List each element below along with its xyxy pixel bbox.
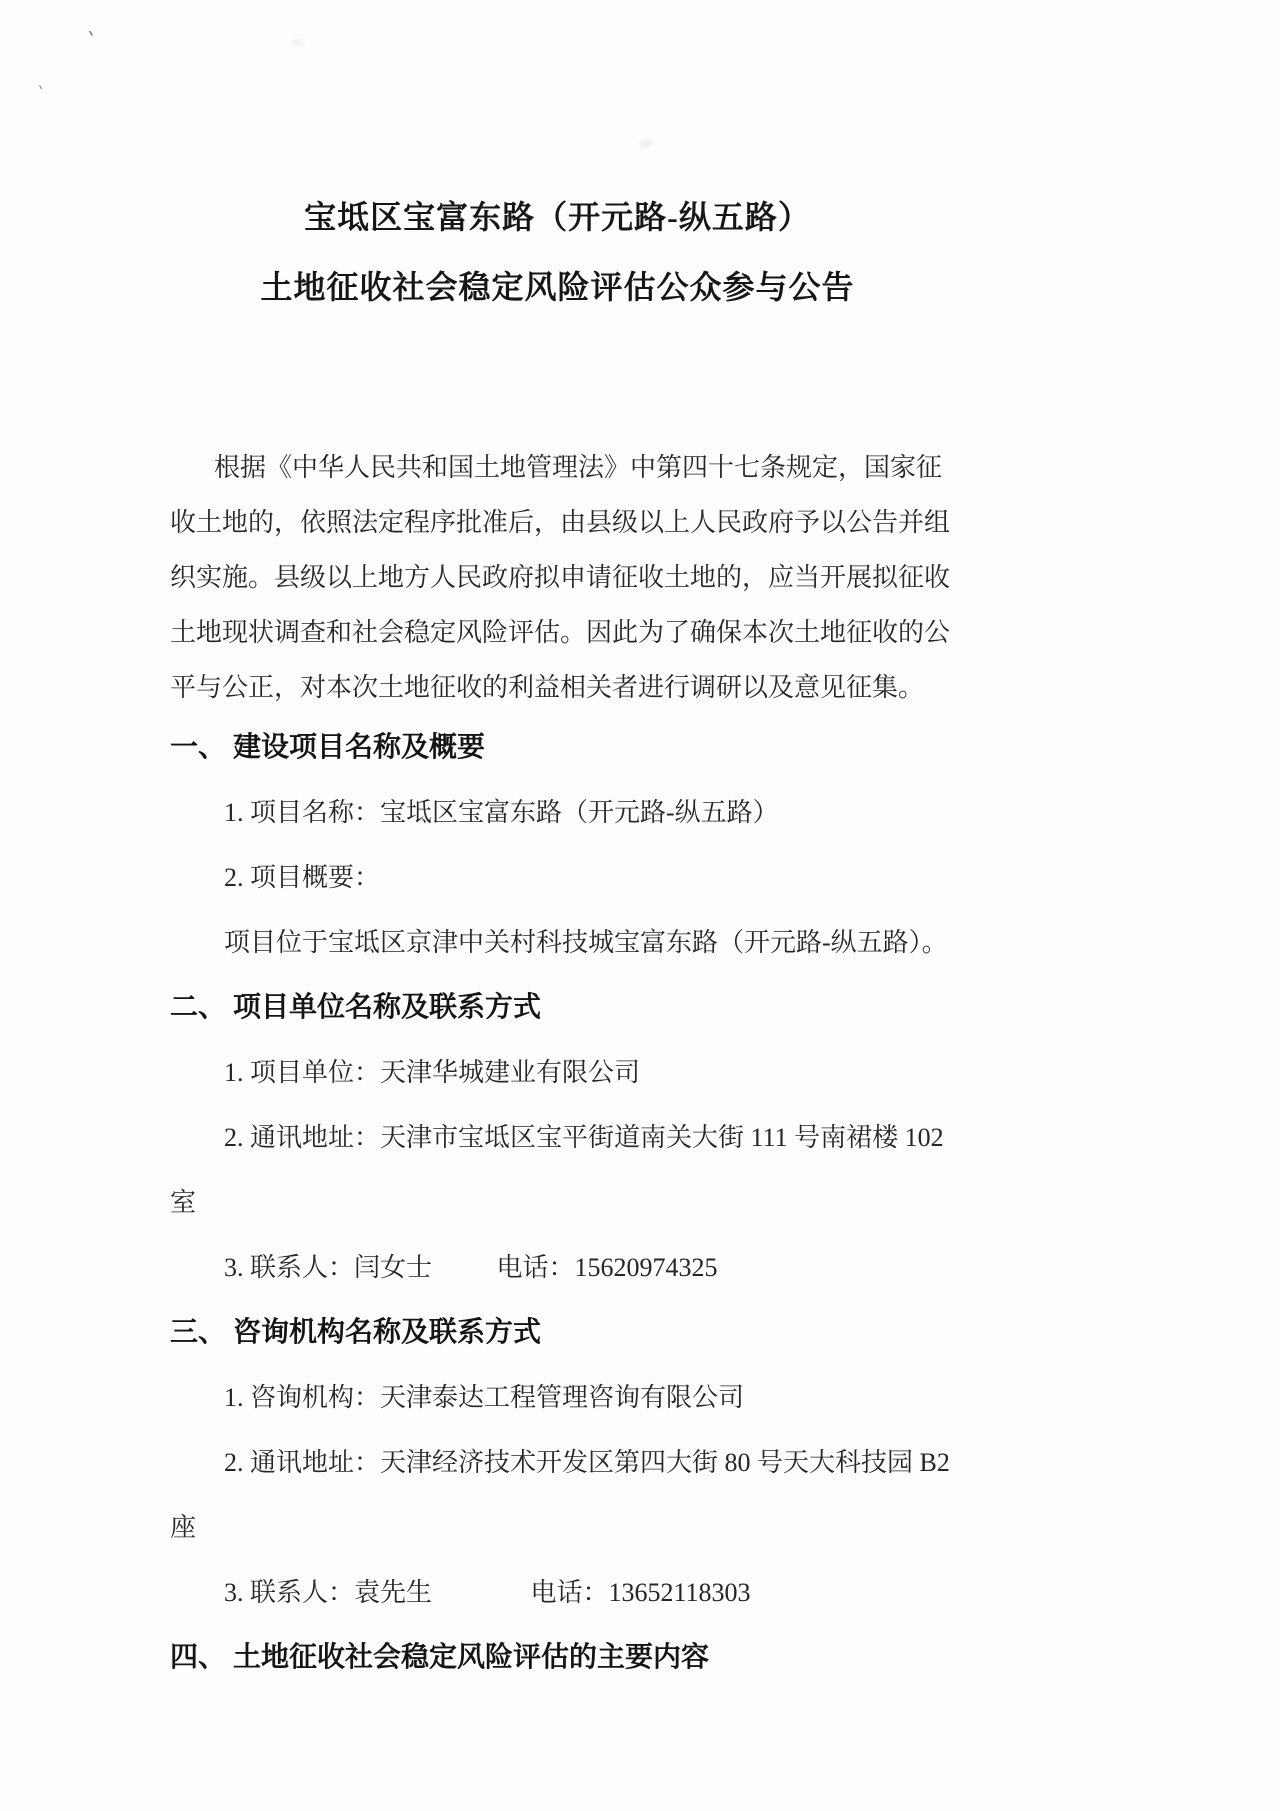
doc-title-line-2: 土地征收社会稳定风险评估公众参与公告 (170, 265, 945, 310)
scanned-document-page: ` ` 宝坻区宝富东路（开元路-纵五路） 土地征收社会稳定风险评估公众参与公告 … (0, 0, 1280, 1811)
section2-item-contact: 3. 联系人：闫女士 电话：15620974325 (170, 1235, 945, 1300)
section1-summary-paragraph: 项目位于宝坻区京津中关村科技城宝富东路（开元路-纵五路）。 (170, 910, 945, 975)
section2-item-address-continuation: 室 (170, 1170, 945, 1235)
section3-contact-phone: 电话：13652118303 (531, 1578, 751, 1607)
document-content: 宝坻区宝富东路（开元路-纵五路） 土地征收社会稳定风险评估公众参与公告 根据《中… (170, 0, 945, 1690)
intro-paragraph: 根据《中华人民共和国土地管理法》中第四十七条规定，国家征 收土地的，依照法定程序… (170, 440, 945, 715)
intro-line-5: 平与公正，对本次土地征收的利益相关者进行调研以及意见征集。 (170, 660, 945, 715)
section2-contact-person: 3. 联系人：闫女士 (224, 1253, 432, 1282)
section2-item-unit: 1. 项目单位：天津华城建业有限公司 (170, 1040, 945, 1105)
intro-line-3: 织实施。县级以上地方人民政府拟申请征收土地的，应当开展拟征收 (170, 550, 945, 605)
section1-item-project-summary: 2. 项目概要： (170, 845, 945, 910)
section4-heading: 四、 土地征收社会稳定风险评估的主要内容 (170, 1625, 945, 1690)
section2-heading: 二、 项目单位名称及联系方式 (170, 975, 945, 1040)
intro-line-1: 根据《中华人民共和国土地管理法》中第四十七条规定，国家征 (170, 440, 945, 495)
section1-heading: 一、 建设项目名称及概要 (170, 715, 945, 780)
doc-title-line-1: 宝坻区宝富东路（开元路-纵五路） (170, 195, 945, 240)
section1-item-project-name: 1. 项目名称：宝坻区宝富东路（开元路-纵五路） (170, 780, 945, 845)
scan-artifact-mark: ` (31, 83, 47, 107)
section2-contact-phone: 电话：15620974325 (497, 1253, 718, 1282)
document-sections: 一、 建设项目名称及概要 1. 项目名称：宝坻区宝富东路（开元路-纵五路） 2.… (170, 715, 945, 1690)
section3-item-contact: 3. 联系人：袁先生 电话：13652118303 (170, 1560, 945, 1625)
section3-heading: 三、 咨询机构名称及联系方式 (170, 1300, 945, 1365)
section3-item-address-continuation: 座 (170, 1495, 945, 1560)
section2-item-address: 2. 通讯地址：天津市宝坻区宝平街道南关大街 111 号南裙楼 102 (170, 1105, 945, 1170)
scan-artifact-mark: ` (83, 31, 99, 55)
intro-line-4: 土地现状调查和社会稳定风险评估。因此为了确保本次土地征收的公 (170, 605, 945, 660)
intro-line-2: 收土地的，依照法定程序批准后，由县级以上人民政府予以公告并组 (170, 495, 945, 550)
section3-item-agency: 1. 咨询机构：天津泰达工程管理咨询有限公司 (170, 1365, 945, 1430)
section3-contact-person: 3. 联系人：袁先生 (224, 1578, 432, 1607)
section3-item-address: 2. 通讯地址：天津经济技术开发区第四大街 80 号天大科技园 B2 (170, 1430, 945, 1495)
